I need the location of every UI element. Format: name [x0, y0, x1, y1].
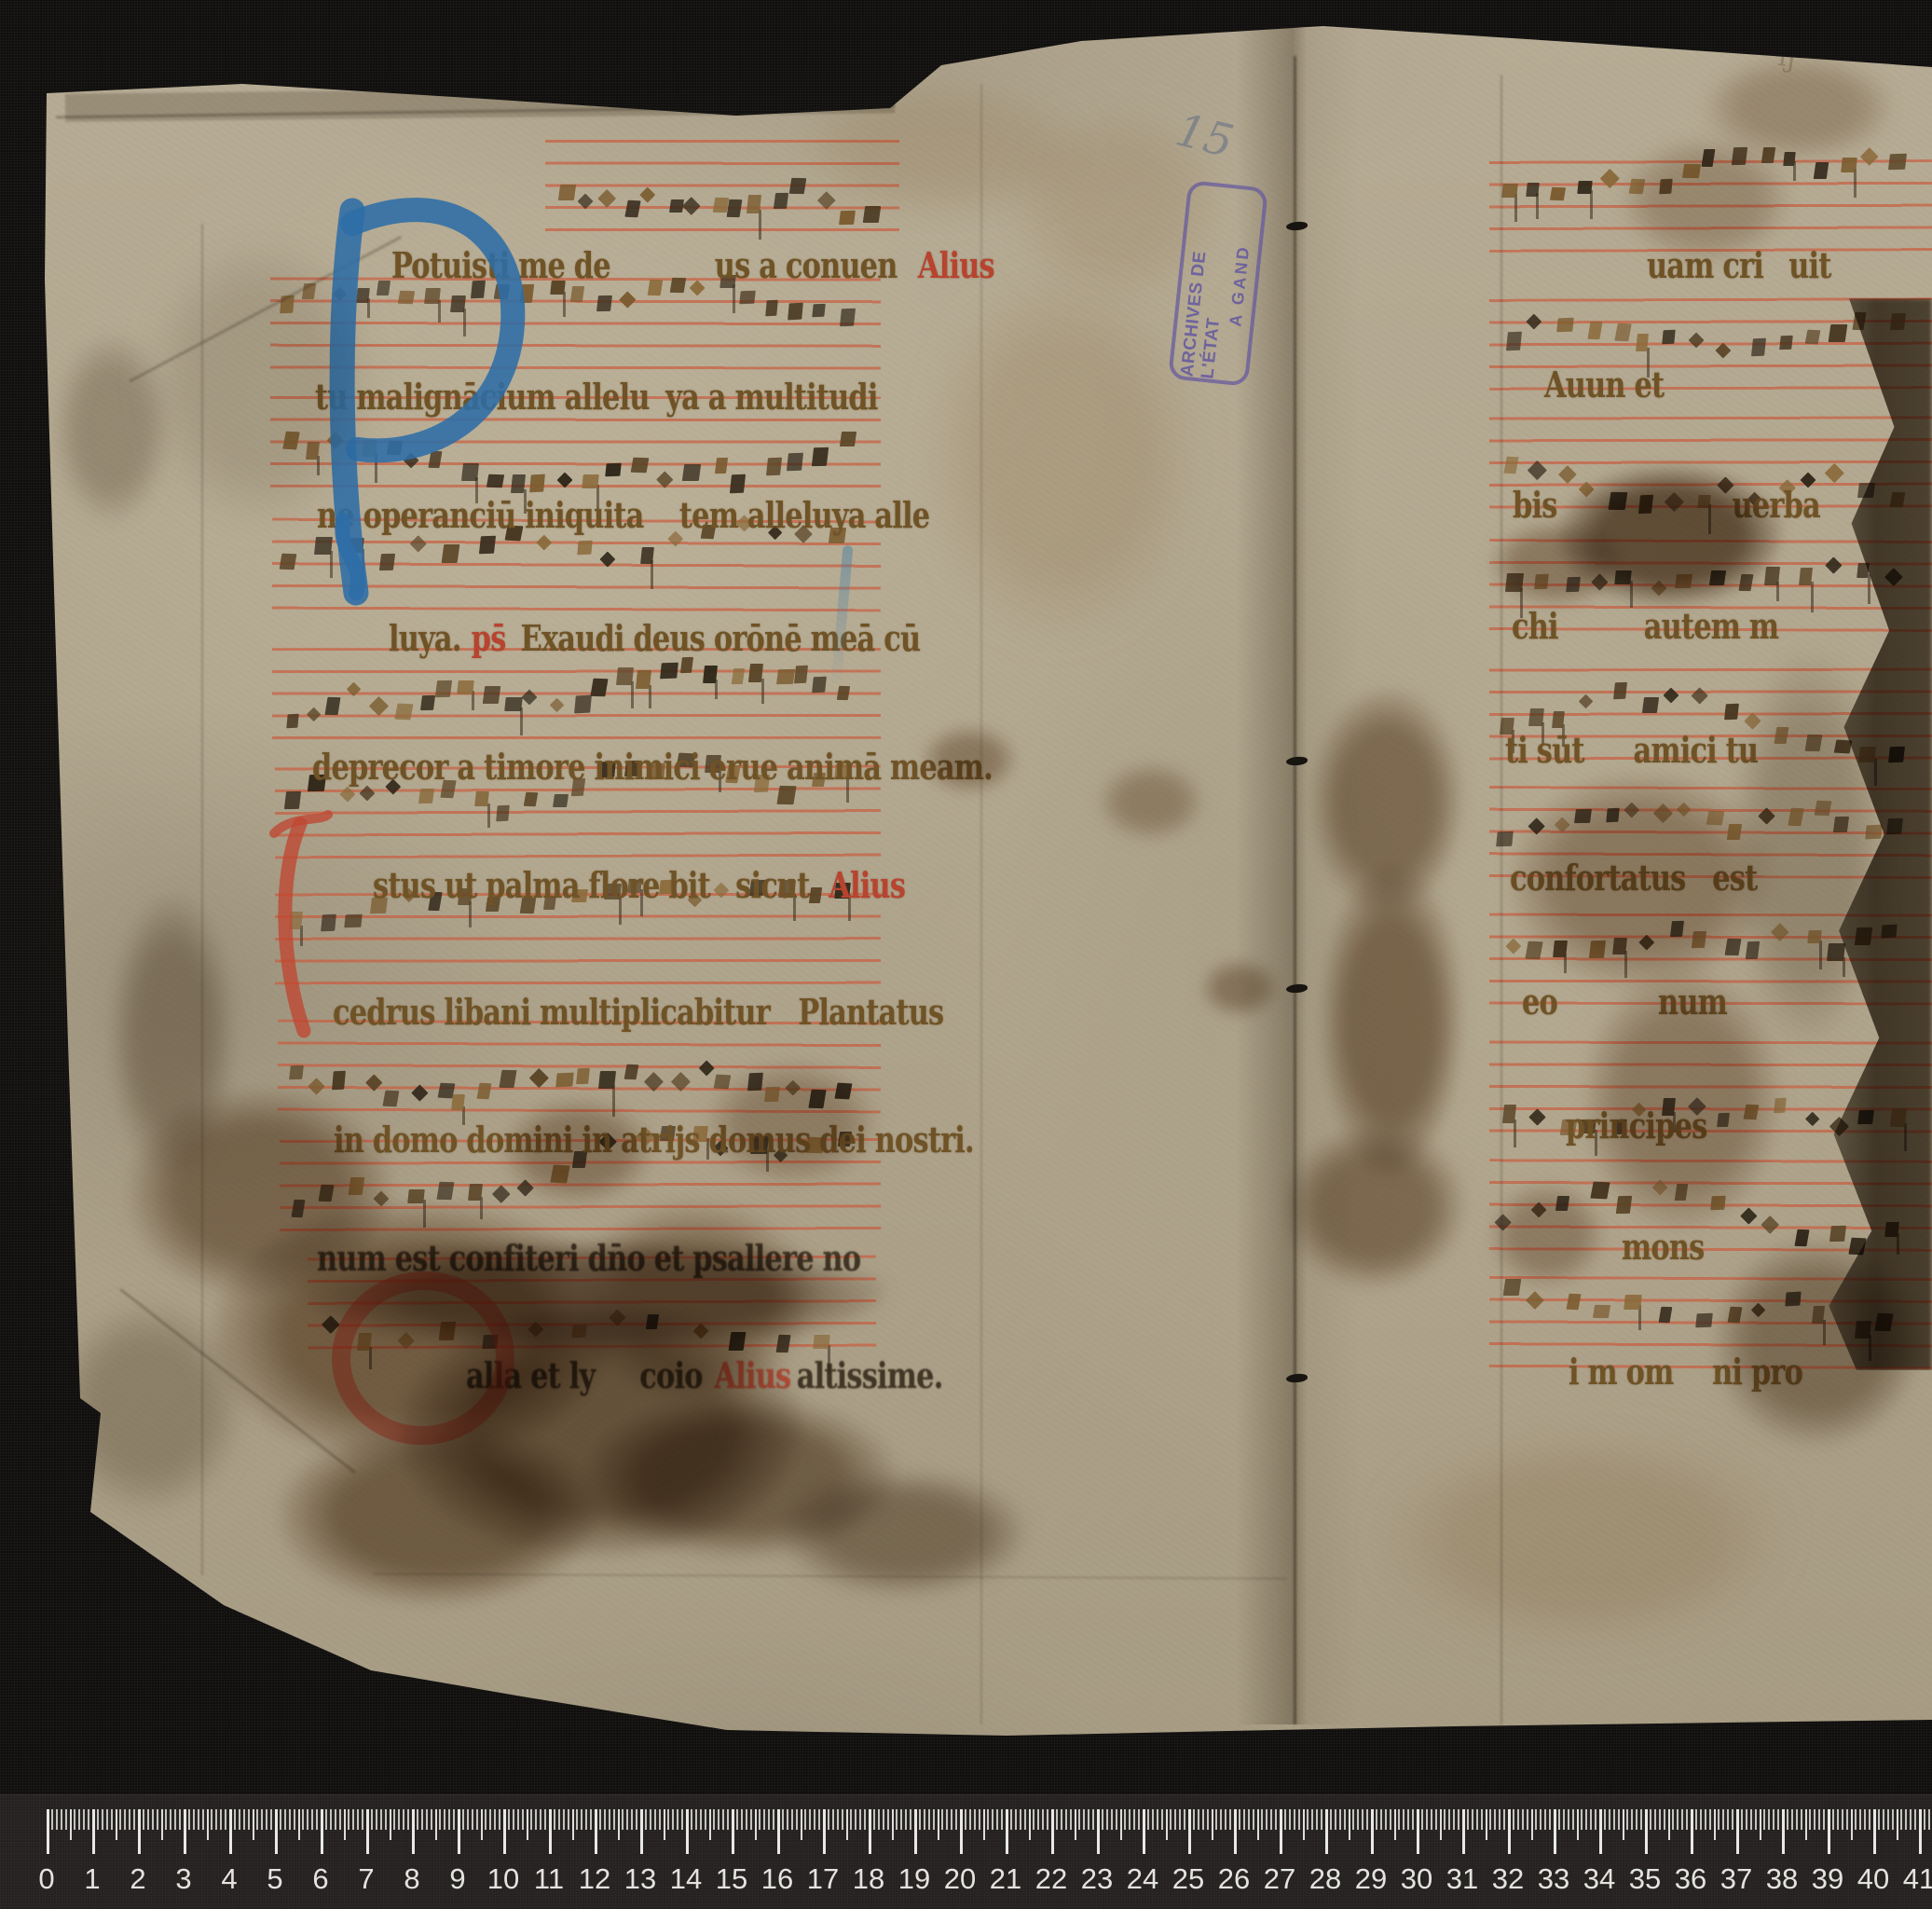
ruler-tick [900, 1809, 902, 1830]
ruler-tick [1339, 1809, 1341, 1830]
ruler-tick [636, 1809, 637, 1830]
ruler-tick [801, 1809, 802, 1840]
ruler-tick [718, 1809, 719, 1830]
ruler-tick [70, 1809, 72, 1840]
ruler-tick [1489, 1809, 1491, 1830]
ruler-tick [1335, 1809, 1336, 1830]
ruler-tick [755, 1809, 757, 1840]
ruler-tick [458, 1809, 460, 1854]
neume [570, 286, 584, 302]
neume [420, 695, 435, 711]
ruler-tick [1700, 1809, 1702, 1830]
ruler-label: 41 [1891, 1862, 1932, 1896]
ruler-tick [946, 1809, 948, 1830]
ruler-tick [1640, 1809, 1642, 1830]
ruler-tick [667, 1809, 669, 1830]
ruler-tick [814, 1809, 815, 1830]
neume [813, 1335, 830, 1349]
ruler-tick [530, 1809, 532, 1830]
ruler-tick [1029, 1809, 1031, 1840]
ruler-tick [650, 1809, 651, 1830]
ruler-tick [152, 1809, 154, 1830]
ruler-tick [499, 1809, 500, 1830]
ruler-tick [165, 1809, 167, 1830]
ruler-tick [179, 1809, 181, 1830]
ruler-tick [1431, 1809, 1432, 1830]
neume [1779, 336, 1793, 350]
neume [837, 686, 851, 700]
ruler-tick [1476, 1809, 1478, 1830]
ruler-tick [106, 1809, 108, 1830]
ruler-tick [472, 1809, 473, 1830]
neume [289, 1065, 304, 1079]
ruler-tick [1097, 1809, 1100, 1854]
ruler-tick [508, 1809, 510, 1830]
ruler-tick [1321, 1809, 1322, 1830]
ruler-tick [243, 1809, 245, 1830]
ruler-tick [1823, 1809, 1825, 1830]
neume-stem [761, 679, 764, 704]
neume [408, 1189, 426, 1203]
ruler-tick [654, 1809, 656, 1830]
ruler-tick [266, 1809, 267, 1830]
ruler-tick [1873, 1809, 1876, 1854]
ruler-tick [1394, 1809, 1396, 1840]
ruler-tick [398, 1809, 400, 1830]
neume [590, 679, 608, 697]
neume [468, 1184, 483, 1201]
ruler-tick [1686, 1809, 1688, 1830]
ruler-tick [1421, 1809, 1423, 1830]
ruler-tick [1887, 1809, 1889, 1830]
ruler-tick [1878, 1809, 1880, 1830]
ruler-tick [147, 1809, 149, 1830]
neume [451, 1094, 465, 1110]
rubric-text: ps̄ [472, 617, 506, 659]
ruler-tick [1184, 1809, 1185, 1830]
neume [1841, 158, 1857, 172]
ruler-tick [1056, 1809, 1058, 1830]
lyric-text: i m om [1569, 1351, 1674, 1393]
ruler-tick [1859, 1809, 1861, 1830]
stain [280, 1426, 596, 1603]
ruler-tick [846, 1809, 848, 1840]
ruler-tick [61, 1809, 62, 1830]
ruler-tick [1307, 1809, 1309, 1830]
ruler-tick [1390, 1809, 1391, 1830]
lyric-text: eo [1522, 981, 1557, 1023]
ruler-tick [1170, 1809, 1172, 1830]
ruler-tick [746, 1809, 747, 1830]
neume [499, 1070, 516, 1088]
neume-stem [631, 681, 634, 708]
neume [574, 694, 592, 713]
ruler-tick [1585, 1809, 1587, 1830]
ruler-tick [1061, 1809, 1062, 1830]
ruler-tick [294, 1809, 295, 1830]
ruler-tick [659, 1809, 661, 1830]
ruler-tick [878, 1809, 880, 1830]
neume-stem [487, 803, 490, 828]
neume-stem [759, 210, 761, 240]
ruler-tick [239, 1809, 240, 1830]
ruler-tick [1741, 1809, 1743, 1830]
lyric-text: altissime. [797, 1354, 943, 1396]
ruler-tick [1257, 1809, 1259, 1840]
ruler-tick [234, 1809, 236, 1830]
ruler-tick [184, 1809, 186, 1854]
ruler-tick [599, 1809, 601, 1830]
ruler-tick [768, 1809, 770, 1830]
ruler-tick [1842, 1809, 1843, 1830]
lyric-text: Plantatus [798, 991, 943, 1033]
ruler-tick [1572, 1809, 1574, 1830]
ruler-tick [910, 1809, 911, 1830]
lyric-text: ti sūt [1505, 729, 1584, 771]
neume [457, 680, 473, 694]
ruler-tick [549, 1809, 552, 1854]
ruler-tick [736, 1809, 738, 1830]
ruler-tick [1366, 1809, 1368, 1830]
ruler-tick [1275, 1809, 1277, 1830]
ruler-tick [1417, 1809, 1419, 1854]
neume-stem [651, 560, 653, 589]
ruler-tick [390, 1809, 391, 1840]
ruler-tick [1261, 1809, 1263, 1830]
neume [1526, 183, 1539, 197]
ruler-tick [376, 1809, 377, 1830]
neume [474, 791, 489, 806]
ruler-tick [462, 1809, 464, 1830]
ruler-tick [1549, 1809, 1551, 1830]
ruler-tick [741, 1809, 743, 1830]
ruler-tick [1243, 1809, 1245, 1830]
ruler-tick [1102, 1809, 1103, 1830]
ruler-tick [97, 1809, 99, 1830]
ruler-tick [1481, 1809, 1483, 1830]
neume [812, 303, 826, 317]
ruler-tick [1289, 1809, 1291, 1830]
ruler-tick [1198, 1809, 1199, 1830]
ruler-tick [431, 1809, 432, 1830]
ruler-tick [1883, 1809, 1884, 1830]
ruler-tick [1352, 1809, 1354, 1830]
ruler-tick [56, 1809, 58, 1830]
parchment-leaf: Potuisti me deus a conuenAliustu malignā… [0, 0, 1932, 1909]
ruler-tick [686, 1809, 689, 1854]
ruler-tick [1462, 1809, 1465, 1854]
ruler-tick [563, 1809, 565, 1830]
lyric-text: bis [1513, 484, 1557, 526]
ruler-tick [1129, 1809, 1130, 1830]
ruler-tick [809, 1809, 811, 1830]
ruler-tick [1645, 1809, 1648, 1854]
ruler-tick [818, 1809, 820, 1830]
ruler-tick [960, 1809, 963, 1854]
ruler-tick [1846, 1809, 1848, 1830]
ruler-tick [476, 1809, 478, 1830]
ruler-tick [1668, 1809, 1670, 1840]
ruler-tick [174, 1809, 176, 1830]
ruler-tick [576, 1809, 578, 1830]
neume [1502, 1105, 1516, 1123]
ruler-tick [1229, 1809, 1231, 1830]
ruler-tick [544, 1809, 546, 1830]
ruler-tick [777, 1809, 780, 1854]
ruler-tick [1554, 1809, 1556, 1854]
neume [605, 463, 621, 477]
ruler-tick [307, 1809, 308, 1830]
stain [1491, 1184, 1603, 1286]
ruler-tick [1544, 1809, 1546, 1830]
ruler-tick [1914, 1809, 1916, 1830]
ruler-tick [645, 1809, 647, 1830]
neume [747, 195, 761, 213]
ruler-tick [298, 1809, 300, 1840]
ruler-tick [919, 1809, 921, 1830]
ruler-tick [1714, 1809, 1716, 1840]
ruler-tick [253, 1809, 254, 1840]
neume [812, 677, 827, 694]
ruler-tick [129, 1809, 130, 1830]
stain [56, 1305, 242, 1510]
ruler-tick [1760, 1809, 1761, 1840]
ruler-tick [527, 1809, 528, 1840]
ruler-tick [1631, 1809, 1633, 1830]
ruler-tick [568, 1809, 569, 1830]
ruler-tick [1695, 1809, 1697, 1830]
neume [839, 211, 856, 225]
ruler-tick [1919, 1809, 1922, 1854]
ruler-tick [1120, 1809, 1122, 1840]
ruler-tick [1047, 1809, 1048, 1830]
stain [1100, 764, 1202, 839]
ruler-tick [220, 1809, 222, 1830]
ruler-tick [892, 1809, 894, 1840]
ruler-tick [1092, 1809, 1094, 1830]
ruler-tick [864, 1809, 866, 1830]
ruler-tick [1851, 1809, 1853, 1840]
neume [774, 192, 788, 208]
ruler-tick [941, 1809, 943, 1830]
ruler-tick [850, 1809, 852, 1830]
ruler-tick [924, 1809, 925, 1830]
lyric-line: ti sūtamici tu [1505, 729, 1758, 771]
ruler-tick [1440, 1809, 1442, 1840]
ruler-tick [1147, 1809, 1149, 1830]
lyric-line: in domo domini in atrijs domus dei nostr… [334, 1119, 974, 1161]
manuscript-photo: Potuisti me deus a conuenAliustu malignā… [0, 0, 1932, 1909]
ruler-tick [1805, 1809, 1807, 1840]
ruler-tick [1152, 1809, 1154, 1830]
stain [1286, 1128, 1463, 1286]
ruler-tick [618, 1809, 620, 1840]
ruler-tick [1609, 1809, 1610, 1830]
ruler-tick [1818, 1809, 1820, 1830]
ruler-tick [750, 1809, 752, 1830]
ruler-tick [873, 1809, 875, 1830]
ruler-tick [1280, 1809, 1282, 1854]
ruler-tick [1467, 1809, 1469, 1830]
neume [555, 1072, 573, 1087]
neume [287, 713, 300, 728]
ruler-tick [1623, 1809, 1624, 1840]
ruler-tick [1212, 1809, 1213, 1840]
ruler-tick [883, 1809, 884, 1830]
ruler-tick [823, 1809, 826, 1854]
ruler-tick [1796, 1809, 1798, 1830]
ruler-tick [609, 1809, 610, 1830]
ruler-tick [1133, 1809, 1135, 1830]
ruler-tick [1083, 1809, 1085, 1830]
neume [669, 199, 684, 213]
ruler-tick [1294, 1809, 1295, 1830]
ruler-tick [92, 1809, 95, 1854]
ruler-tick [1253, 1809, 1254, 1830]
ruler-tick [1042, 1809, 1044, 1830]
ruler-tick [407, 1809, 409, 1830]
ruler-tick [1732, 1809, 1733, 1830]
ruler-tick [1540, 1809, 1541, 1830]
ruler-tick [143, 1809, 144, 1830]
lyric-line: chiautem m [1512, 605, 1778, 647]
neume-stem [1811, 582, 1814, 612]
ruler-tick [289, 1809, 291, 1830]
neume [703, 666, 718, 683]
ruler-tick [119, 1809, 121, 1830]
ruler-tick [1681, 1809, 1683, 1830]
ruler-tick [1403, 1809, 1404, 1830]
ruler-tick [325, 1809, 327, 1830]
ruler-tick [1672, 1809, 1674, 1830]
ruler-tick [1722, 1809, 1724, 1830]
ruler-tick [1202, 1809, 1204, 1830]
ruler-tick [1599, 1809, 1602, 1854]
ruler-tick [1814, 1809, 1816, 1830]
neume [383, 1090, 400, 1106]
ruler-tick [1248, 1809, 1250, 1830]
neume [284, 790, 301, 809]
ruler-tick [188, 1809, 190, 1830]
neume [483, 686, 500, 704]
ruler-tick [357, 1809, 359, 1830]
neume [1496, 831, 1514, 846]
ruler-tick [928, 1809, 930, 1830]
neume [1662, 329, 1676, 343]
ruler-tick [211, 1809, 212, 1830]
ruler-tick [1161, 1809, 1163, 1830]
ruler-tick [996, 1809, 998, 1830]
ruler-tick [193, 1809, 195, 1830]
ruler-tick [855, 1809, 856, 1830]
ruler-tick [1380, 1809, 1382, 1830]
neume [1501, 184, 1517, 198]
ruler-tick [335, 1809, 336, 1830]
ruler-tick [1266, 1809, 1267, 1830]
ruler-tick [787, 1809, 788, 1830]
ruler-tick [727, 1809, 729, 1830]
ruler-tick [1718, 1809, 1720, 1830]
neume [776, 669, 795, 685]
ruler-tick [1349, 1809, 1350, 1840]
ruler-tick [321, 1809, 323, 1854]
ruler-tick [1357, 1809, 1359, 1830]
ruler-tick [1385, 1809, 1387, 1830]
neume [616, 667, 634, 685]
neume [553, 794, 569, 807]
neume [344, 914, 362, 928]
ruler-tick [371, 1809, 373, 1830]
ruler-tick [1513, 1809, 1514, 1830]
ruler-tick [1270, 1809, 1272, 1830]
ruler-tick [494, 1809, 496, 1830]
ruler-tick [1078, 1809, 1080, 1830]
stain [932, 280, 1193, 634]
ruler-tick [1316, 1809, 1318, 1830]
ruler-tick [1763, 1809, 1765, 1830]
ruler-tick [1124, 1809, 1126, 1830]
ruler-tick [859, 1809, 861, 1830]
ruler-tick [1832, 1809, 1834, 1830]
neume [1624, 1295, 1641, 1310]
ruler-tick [1577, 1809, 1579, 1840]
crease-line [1294, 56, 1296, 1724]
ruler-tick [352, 1809, 354, 1830]
ruler-tick [417, 1809, 418, 1830]
ruler-tick [604, 1809, 606, 1830]
ruler-tick [1809, 1809, 1811, 1830]
ruler-tick [248, 1809, 250, 1830]
ruler-tick [311, 1809, 313, 1830]
ruler-tick [275, 1809, 278, 1854]
ruler-tick [664, 1809, 665, 1840]
neume [1556, 318, 1574, 333]
ruler-tick [1531, 1809, 1533, 1840]
lyric-text: uit [1788, 244, 1830, 286]
ruler-tick [439, 1809, 441, 1830]
ruler-tick [1900, 1809, 1902, 1830]
ruler-tick [1239, 1809, 1240, 1830]
ruler-tick [1453, 1809, 1455, 1830]
ruler-tick [1111, 1809, 1113, 1830]
ruler-tick [225, 1809, 226, 1830]
ruler-tick [1486, 1809, 1487, 1840]
ruler-tick [691, 1809, 692, 1830]
neume [788, 303, 804, 321]
ruler-tick [722, 1809, 724, 1830]
ruler-tick [1494, 1809, 1496, 1830]
neume [582, 474, 599, 488]
ruler-tick [1174, 1809, 1176, 1830]
ruler-tick [88, 1809, 89, 1830]
ruler-tick [796, 1809, 798, 1830]
ruler-tick [1654, 1809, 1656, 1830]
ruler-tick [503, 1809, 506, 1854]
neume [1764, 567, 1780, 585]
ruler-tick [1412, 1809, 1414, 1830]
ruler-tick [481, 1809, 483, 1840]
lyric-text: cedrus libani multiplicabitur [333, 991, 770, 1033]
neume [787, 452, 804, 470]
ruler-tick [1344, 1809, 1346, 1830]
lyric-line: deprecor a timore inimici erue animā mea… [312, 746, 993, 788]
ruler-tick [1746, 1809, 1747, 1830]
ruler-tick [914, 1809, 917, 1854]
ruler-tick [138, 1809, 141, 1854]
ruler-tick [1777, 1809, 1779, 1830]
neume [496, 805, 510, 821]
ruler-tick [1892, 1809, 1894, 1830]
